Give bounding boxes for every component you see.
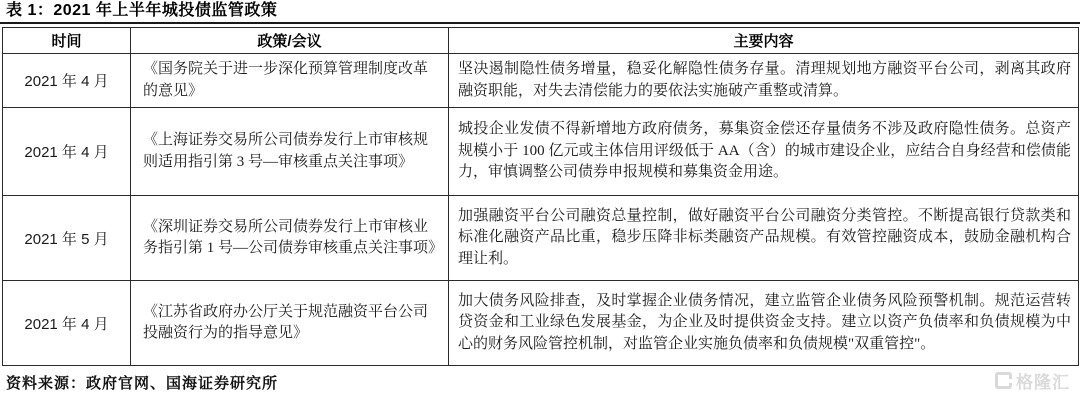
time-cell: 2021 年 4 月 <box>3 281 131 366</box>
time-cell: 2021 年 4 月 <box>3 54 131 108</box>
table-row: 2021 年 4 月 《国务院关于进一步深化预算管理制度改革的意见》 坚决遏制隐… <box>3 54 1079 108</box>
policy-cell: 《国务院关于进一步深化预算管理制度改革的意见》 <box>131 54 449 108</box>
gelonghui-watermark: 格隆汇 <box>995 368 1070 393</box>
gelonghui-logo-text: 格隆汇 <box>1016 368 1070 393</box>
table-title: 表 1：2021 年上半年城投债监管政策 <box>0 0 1080 24</box>
column-header-content: 主要内容 <box>449 28 1079 54</box>
policy-table: 时间 政策/会议 主要内容 2021 年 4 月 《国务院关于进一步深化预算管理… <box>2 27 1079 366</box>
policy-cell: 《深圳证券交易所公司债券发行上市审核业务指引第 1 号—公司债券审核重点关注事项… <box>131 196 449 281</box>
content-cell: 坚决遏制隐性债务增量，稳妥化解隐性债务存量。清理规划地方融资平台公司，剥离其政府… <box>449 54 1079 108</box>
table-row: 2021 年 4 月 《上海证券交易所公司债券发行上市审核规则适用指引第 3 号… <box>3 108 1079 196</box>
source-note-row: 资料来源：政府官网、国海证券研究所 <box>0 366 1080 393</box>
table-row: 2021 年 5 月 《深圳证券交易所公司债券发行上市审核业务指引第 1 号—公… <box>3 196 1079 281</box>
column-header-policy: 政策/会议 <box>131 28 449 54</box>
policy-cell: 《上海证券交易所公司债券发行上市审核规则适用指引第 3 号—审核重点关注事项》 <box>131 108 449 196</box>
table-header-row: 时间 政策/会议 主要内容 <box>3 28 1079 54</box>
source-note: 资料来源：政府官网、国海证券研究所 <box>6 376 278 392</box>
time-cell: 2021 年 5 月 <box>3 196 131 281</box>
column-header-time: 时间 <box>3 28 131 54</box>
content-cell: 加强融资平台公司融资总量控制，做好融资平台公司融资分类管控。不断提高银行贷款类和… <box>449 196 1079 281</box>
policy-cell: 《江苏省政府办公厅关于规范融资平台公司投融资行为的指导意见》 <box>131 281 449 366</box>
table-row: 2021 年 4 月 《江苏省政府办公厅关于规范融资平台公司投融资行为的指导意见… <box>3 281 1079 366</box>
content-cell: 加大债务风险排查，及时掌握企业债务情况，建立监管企业债务风险预警机制。规范运营转… <box>449 281 1079 366</box>
gelonghui-logo-icon <box>995 372 1012 389</box>
content-cell: 城投企业发债不得新增地方政府债务，募集资金偿还存量债务不涉及政府隐性债务。总资产… <box>449 108 1079 196</box>
time-cell: 2021 年 4 月 <box>3 108 131 196</box>
